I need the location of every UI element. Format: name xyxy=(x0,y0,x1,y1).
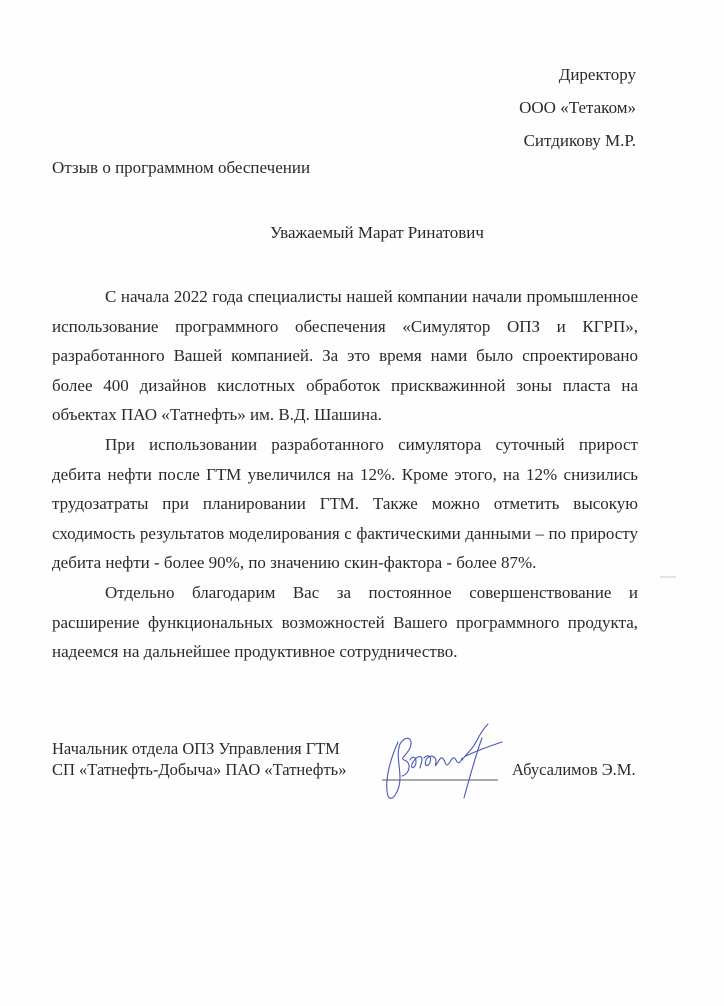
letter-subject: Отзыв о программном обеспечении xyxy=(52,157,310,179)
signature-block: Начальник отдела ОПЗ Управления ГТМ СП «… xyxy=(52,738,672,808)
addressee-title: Директору xyxy=(519,58,636,91)
handwritten-signature-icon xyxy=(370,720,510,810)
paragraph-results: При использовании разработанного симулят… xyxy=(52,430,638,578)
addressee-company: ООО «Тетаком» xyxy=(519,91,636,124)
salutation: Уважаемый Марат Ринатович xyxy=(0,222,724,244)
paragraph-intro: С начала 2022 года специалисты нашей ком… xyxy=(52,282,638,430)
letter-body: С начала 2022 года специалисты нашей ком… xyxy=(52,282,638,667)
letter-page: Директору ООО «Тетаком» Ситдикову М.Р. О… xyxy=(0,0,724,1006)
addressee-name: Ситдикову М.Р. xyxy=(519,124,636,157)
signatory-position-line2: СП «Татнефть-Добыча» ПАО «Татнефть» xyxy=(52,759,346,780)
signatory-position-line1: Начальник отдела ОПЗ Управления ГТМ xyxy=(52,738,346,759)
paragraph-thanks: Отдельно благодарим Вас за постоянное со… xyxy=(52,578,638,667)
signatory-name: Абусалимов Э.М. xyxy=(512,759,636,780)
addressee-block: Директору ООО «Тетаком» Ситдикову М.Р. xyxy=(519,58,636,157)
signatory-position: Начальник отдела ОПЗ Управления ГТМ СП «… xyxy=(52,738,346,780)
scan-artifact xyxy=(660,576,676,578)
